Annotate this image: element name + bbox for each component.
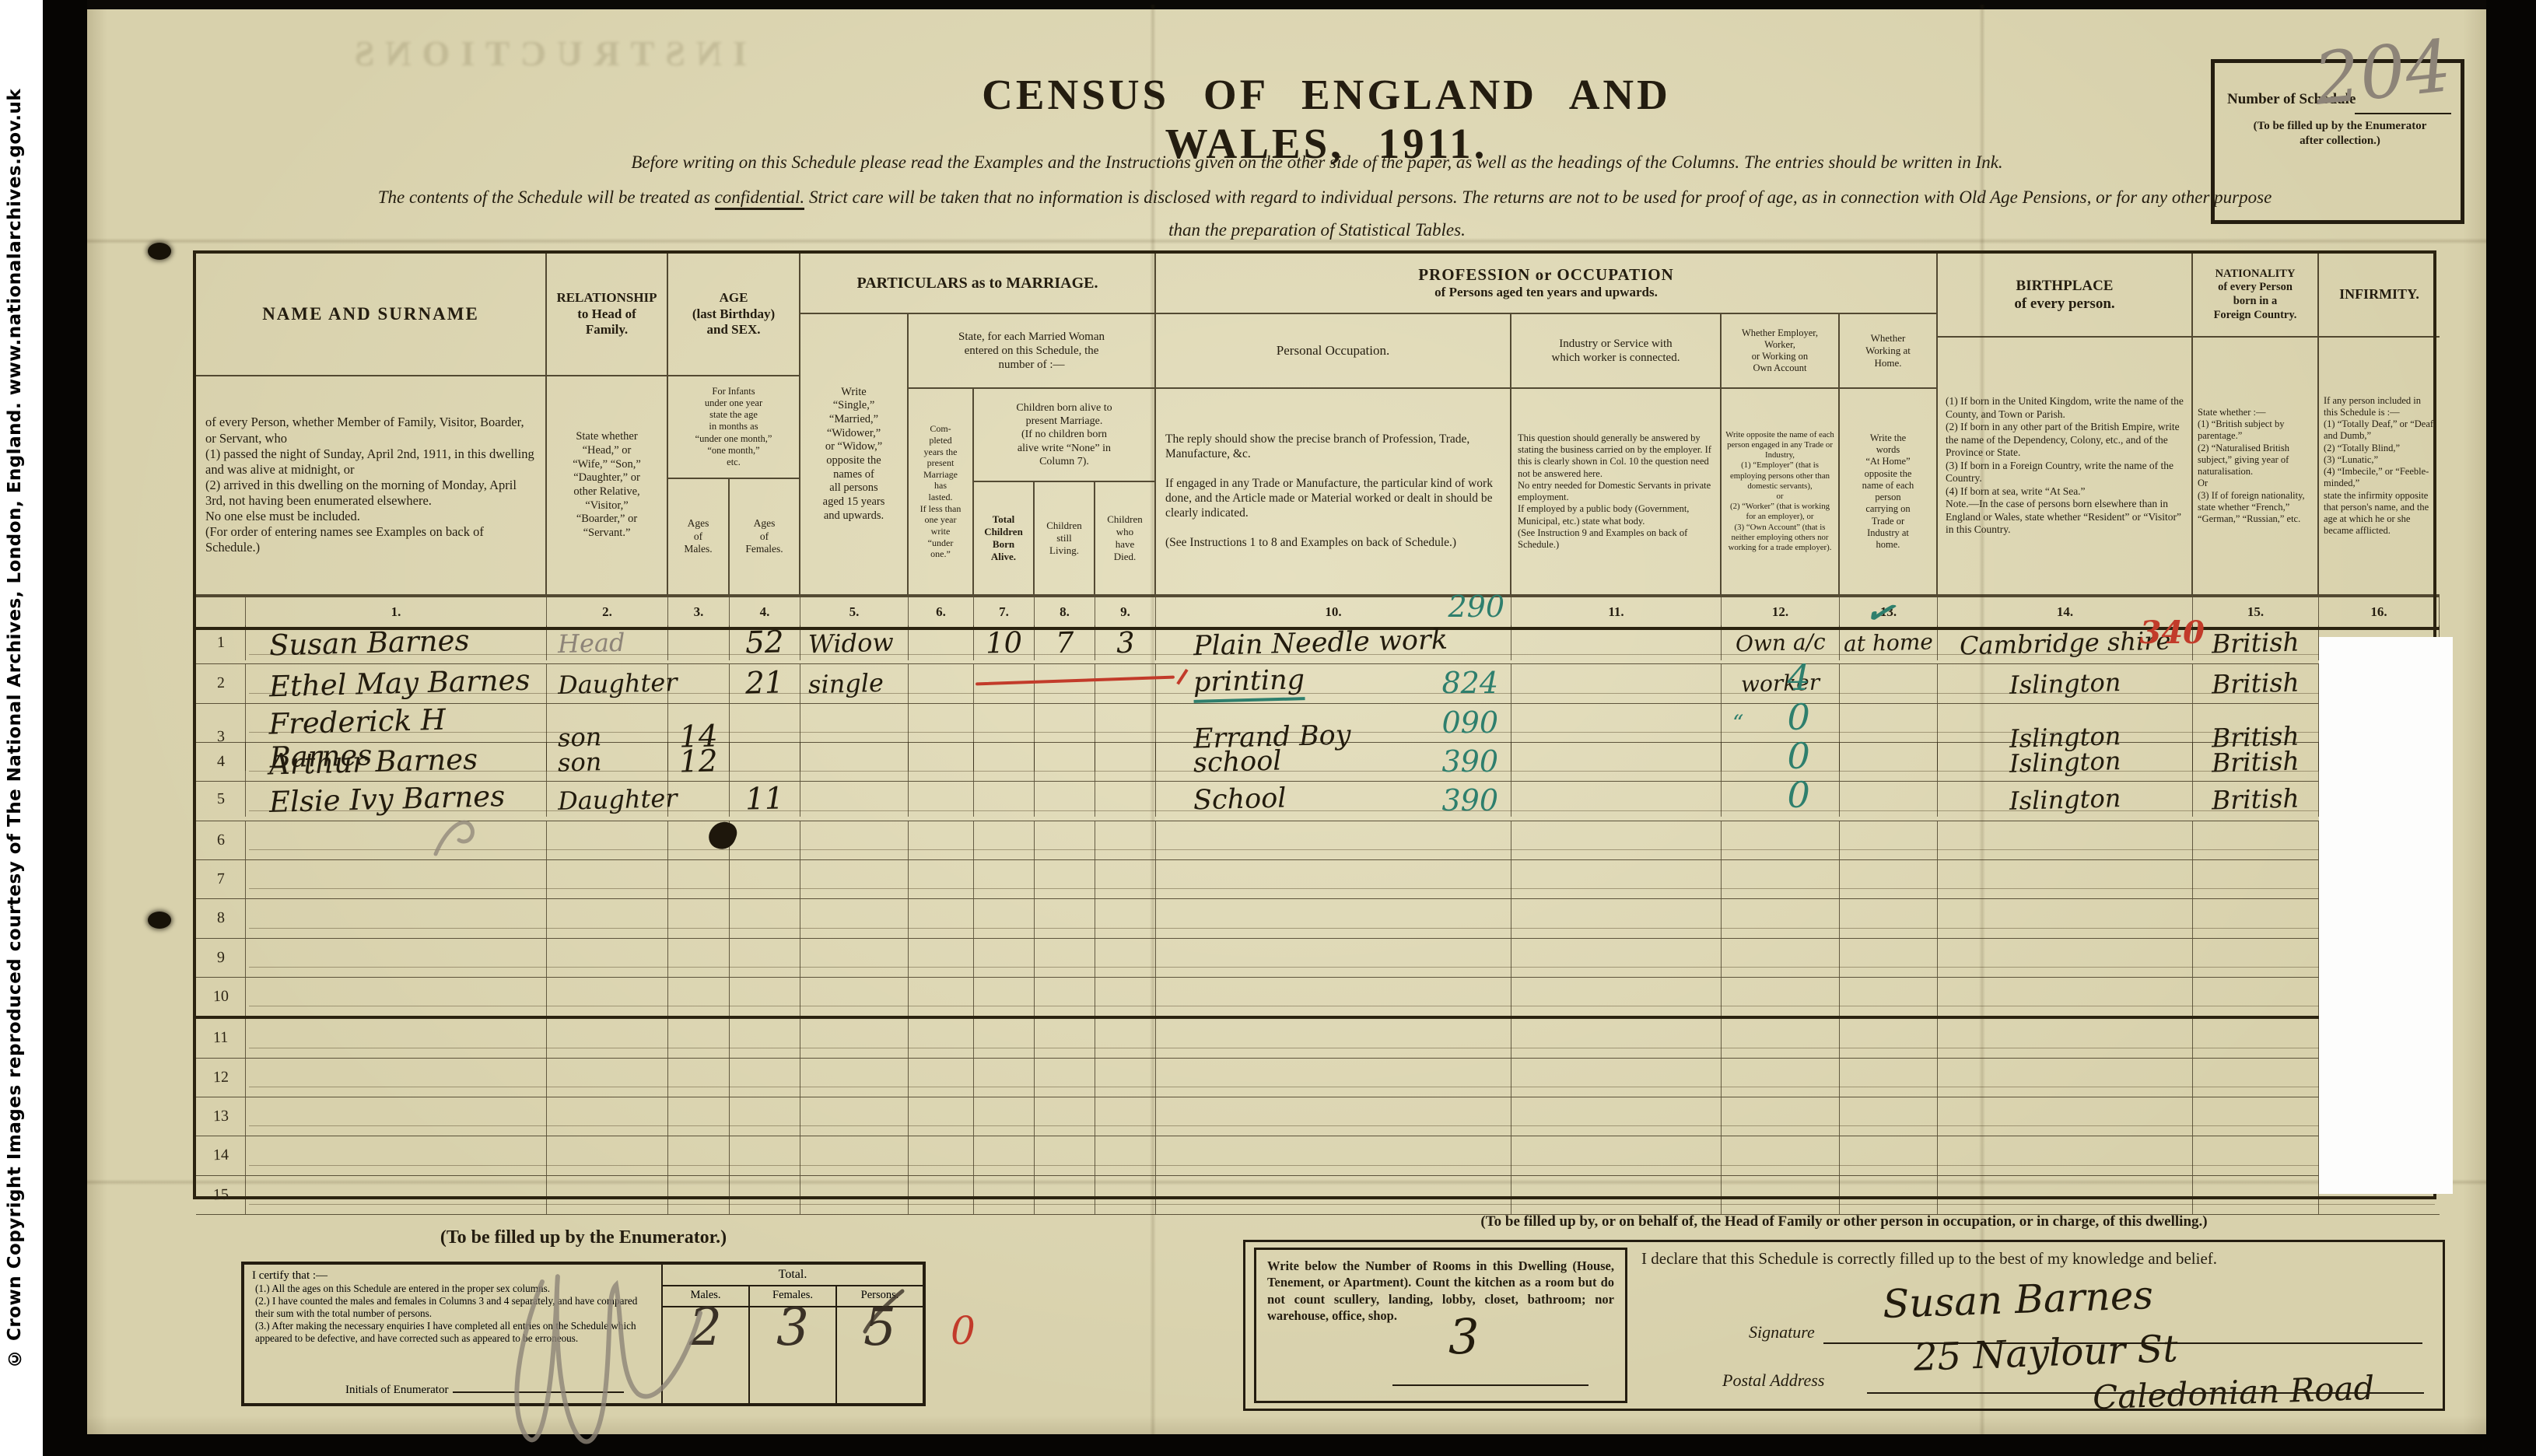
intro2-post: Strict care will be taken that no inform… <box>804 187 2272 207</box>
cell-age-females-value-row2: 21 <box>745 666 785 702</box>
cell-occupation-value-row4: school <box>1193 745 1281 779</box>
occupation-code-row3: 090 <box>1441 705 1498 740</box>
cell-nationality-row13 <box>2193 1097 2319 1136</box>
row-number-value-row5: 5 <box>216 790 225 808</box>
col-header-children-living: Children still Living. <box>1035 482 1095 596</box>
enumerator-heading: (To be filled up by the Enumerator.) <box>241 1227 926 1248</box>
rooms-answer-line <box>1392 1384 1589 1386</box>
initials-row: Initials of Enumerator <box>345 1384 624 1397</box>
col-desc-name: of every Person, whether Member of Famil… <box>196 376 547 596</box>
col-desc-married-woman: State, for each Married Woman entered on… <box>909 314 1156 389</box>
householder-heading: (To be filled up by, or on behalf of, th… <box>1243 1213 2445 1230</box>
cell-nationality-row4: British <box>2193 743 2319 781</box>
bleed-through-ghost-text: INSTRUCTIONS <box>249 33 747 74</box>
column-number-3: 3. <box>668 597 730 627</box>
cell-occupation-row7 <box>1156 860 1511 898</box>
cell-at-home-row12 <box>1840 1059 1938 1097</box>
cell-birthplace-row6 <box>1938 821 2193 859</box>
cell-children-living-row9 <box>1035 939 1095 977</box>
cell-relationship-row15 <box>547 1176 668 1214</box>
cell-occupation-row12 <box>1156 1059 1511 1097</box>
schedule-box-note: (To be filled up by the Enumerator after… <box>2227 119 2453 149</box>
cell-age-males-row11 <box>668 1019 730 1057</box>
cell-employment-status-row13 <box>1722 1097 1840 1136</box>
cell-at-home-row15 <box>1840 1176 1938 1214</box>
cell-children-died-row13 <box>1095 1097 1156 1136</box>
cell-age-females-row4 <box>730 743 800 781</box>
cell-employment-status-row4: 0 <box>1722 743 1840 781</box>
signature-label: Signature <box>1749 1322 1815 1342</box>
column-number-12: 12. <box>1722 597 1840 627</box>
row-number-value-row13: 13 <box>212 1108 229 1126</box>
cell-years-married-row8 <box>909 899 974 937</box>
cell-at-home-row1: at home✓ <box>1840 625 1938 660</box>
cell-nationality-row14 <box>2193 1136 2319 1174</box>
cell-years-married-row15 <box>909 1176 974 1214</box>
cell-relationship-value-row2: Daughter <box>558 667 678 700</box>
cell-birthplace-row15 <box>1938 1176 2193 1214</box>
col-header-personal-occupation: Personal Occupation. <box>1156 314 1511 389</box>
cell-birthplace-row13 <box>1938 1097 2193 1136</box>
cell-children-born-row11 <box>974 1019 1035 1057</box>
intro2-pre: The contents of the Schedule will be tre… <box>378 187 715 207</box>
cell-employment-status-row2: worker4 <box>1722 664 1840 702</box>
row-number-value-row7: 7 <box>216 870 225 888</box>
cell-children-born-row10 <box>974 978 1035 1016</box>
copyright-strip: © Crown Copyright Images reproduced cour… <box>0 0 43 1456</box>
cell-occupation-row1: Plain Needle work290 <box>1156 625 1511 660</box>
cell-nationality-row6 <box>2193 821 2319 859</box>
cell-occupation-row6 <box>1156 821 1511 859</box>
cell-birthplace-row7 <box>1938 860 2193 898</box>
cell-nationality-row15 <box>2193 1176 2319 1214</box>
cell-at-home-row9 <box>1840 939 1938 977</box>
col-header-industry: Industry or Service with which worker is… <box>1511 314 1722 389</box>
cell-marriage-row13 <box>800 1097 909 1136</box>
cell-age-females-row15 <box>730 1176 800 1214</box>
cell-name-value-row1: Susan Barnes <box>268 624 470 663</box>
col-header-ages-males: Ages of Males. <box>668 479 730 596</box>
cell-name-row13 <box>246 1097 547 1136</box>
cell-industry-row11 <box>1511 1019 1722 1057</box>
cell-age-females-row10 <box>730 978 800 1016</box>
cell-industry-row4 <box>1511 743 1722 781</box>
cell-relationship-row6 <box>547 821 668 859</box>
cell-industry-row9 <box>1511 939 1722 977</box>
cell-at-home-row4 <box>1840 743 1938 781</box>
column-number-15: 15. <box>2193 597 2319 627</box>
row-number-row2: 2 <box>196 664 246 702</box>
cell-age-males-row13 <box>668 1097 730 1136</box>
cell-children-born-row13 <box>974 1097 1035 1136</box>
cell-age-males-row8 <box>668 899 730 937</box>
col-header-ages-females: Ages of Females. <box>730 479 800 596</box>
cell-children-living-row8 <box>1035 899 1095 937</box>
cell-occupation-row11 <box>1156 1019 1511 1057</box>
cell-occupation-row8 <box>1156 899 1511 937</box>
cell-relationship-value-row5: Daughter <box>558 783 678 816</box>
row-number-row4: 4 <box>196 743 246 781</box>
cell-birthplace-row4: Islington <box>1938 743 2193 781</box>
postal-address-line1: 25 Naylour St <box>1913 1327 2178 1380</box>
cell-name-value-row5: Elsie Ivy Barnes <box>268 779 505 819</box>
cell-children-living-row5 <box>1035 782 1095 817</box>
schedule-number-value: 204 <box>2310 24 2455 121</box>
column-number-16: 16. <box>2319 597 2440 627</box>
cell-children-born-row12 <box>974 1059 1035 1097</box>
cell-industry-row1 <box>1511 625 1722 660</box>
green-mark-row3: 0 <box>1788 696 1810 738</box>
total-label: Total. <box>663 1265 923 1286</box>
col-desc-children-born: Children born alive to present Marriage.… <box>974 389 1156 482</box>
paper-torn-edge <box>87 0 2486 9</box>
column-number-0 <box>196 597 246 627</box>
cell-birthplace-row1: Cambridge shire340 <box>1938 625 2193 660</box>
cell-relationship-row14 <box>547 1136 668 1174</box>
cell-occupation-value-row2: printing <box>1193 664 1305 703</box>
cell-nationality-row2: British <box>2193 664 2319 702</box>
col-header-relationship: RELATIONSHIP to Head of Family. <box>547 254 668 376</box>
cell-children-died-row2 <box>1095 664 1156 702</box>
row-number-value-row15: 15 <box>212 1185 229 1204</box>
cell-children-died-row4 <box>1095 743 1156 781</box>
cell-years-married-row4 <box>909 743 974 781</box>
table-row-12: 12 <box>196 1059 2440 1097</box>
cell-at-home-row2 <box>1840 664 1938 702</box>
initials-label: Initials of Enumerator <box>345 1384 448 1396</box>
cell-age-females-value-row1: 52 <box>745 625 785 660</box>
cell-occupation-row14 <box>1156 1136 1511 1174</box>
cell-name-row6 <box>246 821 547 859</box>
col-header-employer-worker: Whether Employer, Worker, or Working on … <box>1722 314 1840 389</box>
cell-relationship-row7 <box>547 860 668 898</box>
cell-industry-row6 <box>1511 821 1722 859</box>
signature-handwriting: Susan Barnes <box>1882 1272 2154 1327</box>
table-row-8: 8 <box>196 899 2440 938</box>
row-number-row10: 10 <box>196 978 246 1016</box>
occupation-code-row2: 824 <box>1441 666 1498 700</box>
cell-relationship-value-row1: Head <box>558 627 625 658</box>
column-number-9: 9. <box>1095 597 1156 627</box>
col-header-children-total: Total Children Born Alive. <box>974 482 1035 596</box>
group-header-marriage: PARTICULARS as to MARRIAGE. <box>800 254 1156 314</box>
cell-years-married-row1 <box>909 625 974 660</box>
males-value: 2 <box>663 1297 748 1357</box>
cell-employment-status-row1: Own a/c <box>1722 625 1840 660</box>
cell-nationality-value-row2: British <box>2212 667 2300 700</box>
cell-birthplace-row12 <box>1938 1059 2193 1097</box>
cell-birthplace-row5: Islington <box>1938 782 2193 817</box>
cell-name-row1: Susan Barnes <box>246 625 547 660</box>
cell-at-home-row14 <box>1840 1136 1938 1174</box>
cell-at-home-row10 <box>1840 978 1938 1016</box>
row-number-value-row10: 10 <box>212 988 229 1006</box>
table-row-13: 13 <box>196 1097 2440 1136</box>
col-header-nationality: NATIONALITY of every Person born in a Fo… <box>2193 254 2319 338</box>
green-mark-row2: 4 <box>1788 656 1810 698</box>
cell-age-males-row7 <box>668 860 730 898</box>
cell-relationship-row1: Head <box>547 625 668 660</box>
cell-relationship-row2: Daughter <box>547 664 668 702</box>
total-columns: Males. 2 Females. 3 Persons. 5 <box>663 1286 923 1403</box>
cell-employment-status-row5: 0 <box>1722 782 1840 817</box>
cell-name-value-row4: Arthur Barnes <box>268 743 478 782</box>
row-number-row12: 12 <box>196 1059 246 1097</box>
total-males-col: Males. 2 <box>663 1286 750 1403</box>
cell-employment-status-row14 <box>1722 1136 1840 1174</box>
column-number-5: 5. <box>800 597 909 627</box>
cell-children-died-row1: 3 <box>1095 625 1156 660</box>
initials-line <box>453 1391 624 1393</box>
declaration-text: I declare that this Schedule is correctl… <box>1641 1249 2427 1269</box>
cell-employment-status-row9 <box>1722 939 1840 977</box>
cell-name-row12 <box>246 1059 547 1097</box>
cell-children-born-value-row1: 10 <box>985 625 1022 660</box>
table-row-6: 6 <box>196 821 2440 860</box>
column-number-4: 4. <box>730 597 800 627</box>
cell-children-born-row7 <box>974 860 1035 898</box>
cell-birthplace-row2: Islington <box>1938 664 2193 702</box>
cell-age-females-row6 <box>730 821 800 859</box>
rooms-value: 3 <box>1448 1308 1479 1365</box>
table-row-9: 9 <box>196 939 2440 978</box>
cell-relationship-row10 <box>547 978 668 1016</box>
cell-industry-row13 <box>1511 1097 1722 1136</box>
females-value: 3 <box>750 1297 835 1357</box>
cell-children-born-row5 <box>974 782 1035 817</box>
column-number-8: 8. <box>1035 597 1095 627</box>
row-number-value-row9: 9 <box>216 949 225 967</box>
col-desc-infirmity: If any person included in this Schedule … <box>2319 338 2440 596</box>
cell-nationality-row5: British <box>2193 782 2319 817</box>
cell-birthplace-row9 <box>1938 939 2193 977</box>
cell-at-home-row13 <box>1840 1097 1938 1136</box>
cell-relationship-row8 <box>547 899 668 937</box>
row-number-row9: 9 <box>196 939 246 977</box>
cell-birthplace-row11 <box>1938 1019 2193 1057</box>
cell-children-living-row7 <box>1035 860 1095 898</box>
row-number-row15: 15 <box>196 1176 246 1214</box>
cell-years-married-row2 <box>909 664 974 702</box>
cell-children-died-row11 <box>1095 1019 1156 1057</box>
cell-occupation-row5: School390 <box>1156 782 1511 817</box>
cell-children-living-row2 <box>1035 664 1095 702</box>
cell-occupation-value-row1: Plain Needle work <box>1193 624 1448 662</box>
cell-children-died-row5 <box>1095 782 1156 817</box>
cell-industry-row15 <box>1511 1176 1722 1214</box>
col-desc-nationality: State whether :— (1) “British subject by… <box>2193 338 2319 596</box>
cell-age-males-row9 <box>668 939 730 977</box>
cell-marriage-row10 <box>800 978 909 1016</box>
profession-title: PROFESSION or OCCUPATION <box>1418 265 1674 285</box>
cell-employment-status-row8 <box>1722 899 1840 937</box>
cell-children-living-row13 <box>1035 1097 1095 1136</box>
profession-subtitle: of Persons aged ten years and upwards. <box>1434 285 1658 301</box>
cell-children-living-row15 <box>1035 1176 1095 1214</box>
col-desc-personal-occupation: The reply should show the precise branch… <box>1156 389 1511 596</box>
cell-nationality-row7 <box>2193 860 2319 898</box>
cell-children-born-row6 <box>974 821 1035 859</box>
row-number-value-row1: 1 <box>216 634 225 652</box>
cell-employment-status-row10 <box>1722 978 1840 1016</box>
cell-name-row8 <box>246 899 547 937</box>
cell-occupation-row10 <box>1156 978 1511 1016</box>
cell-nationality-row9 <box>2193 939 2319 977</box>
cell-industry-row7 <box>1511 860 1722 898</box>
cell-employment-status-row7 <box>1722 860 1840 898</box>
cell-relationship-row5: Daughter <box>547 782 668 817</box>
cell-marriage-row2: single <box>800 664 909 702</box>
cell-children-died-row7 <box>1095 860 1156 898</box>
row-number-row14: 14 <box>196 1136 246 1174</box>
cell-birthplace-row8 <box>1938 899 2193 937</box>
row-number-value-row3: 3 <box>216 728 225 746</box>
total-persons-col: Persons. 5 <box>837 1286 923 1403</box>
table-row-3: 3Frederick H Barnesson14Errand Boy0900“I… <box>196 704 2440 743</box>
cell-marriage-row8 <box>800 899 909 937</box>
occupation-code-row1: 290 <box>1448 590 1504 624</box>
cell-children-born-row8 <box>974 899 1035 937</box>
rooms-box: Write below the Number of Rooms in this … <box>1254 1248 1627 1403</box>
col-header-working-at-home: Whether Working at Home. <box>1840 314 1938 389</box>
cell-at-home-row5 <box>1840 782 1938 817</box>
cell-marriage-row7 <box>800 860 909 898</box>
cell-name-row2: Ethel May Barnes <box>246 664 547 702</box>
cell-years-married-row13 <box>909 1097 974 1136</box>
punch-hole <box>148 243 171 260</box>
col-desc-relationship: State whether “Head,” or “Wife,” “Son,” … <box>547 376 668 596</box>
table-rows: 1Susan BarnesHead52Widow1073Plain Needle… <box>196 625 2440 1215</box>
cell-industry-row10 <box>1511 978 1722 1016</box>
table-row-15: 15 <box>196 1176 2440 1215</box>
row-number-row7: 7 <box>196 860 246 898</box>
cell-employment-status-row6 <box>1722 821 1840 859</box>
cell-birthplace-value-row5: Islington <box>2009 783 2121 816</box>
column-number-1: 1. <box>246 597 547 627</box>
table-row-5: 5Elsie Ivy BarnesDaughter11School3900Isl… <box>196 782 2440 821</box>
cell-at-home-row8 <box>1840 899 1938 937</box>
cell-age-females-value-row5: 11 <box>745 782 785 817</box>
cell-age-males-row14 <box>668 1136 730 1174</box>
row-number-value-row14: 14 <box>212 1146 229 1165</box>
cell-occupation-row2: printing824 <box>1156 664 1511 702</box>
cell-name-row15 <box>246 1176 547 1214</box>
column-number-2: 2. <box>547 597 668 627</box>
cell-age-males-row4: 12 <box>668 743 730 781</box>
col-desc-employer-worker: Write opposite the name of each person e… <box>1722 389 1840 596</box>
cell-name-row10 <box>246 978 547 1016</box>
cell-name-row9 <box>246 939 547 977</box>
cell-children-born-row4 <box>974 743 1035 781</box>
col-header-children-died: Children who have Died. <box>1095 482 1156 596</box>
cell-nationality-row8 <box>2193 899 2319 937</box>
cell-employment-status-value-row1: Own a/c <box>1735 629 1825 657</box>
cell-children-living-row10 <box>1035 978 1095 1016</box>
cell-name-row5: Elsie Ivy Barnes <box>246 782 547 817</box>
cell-relationship-row12 <box>547 1059 668 1097</box>
cell-industry-row12 <box>1511 1059 1722 1097</box>
cell-children-died-row10 <box>1095 978 1156 1016</box>
occupation-code-row5: 390 <box>1441 783 1498 817</box>
cell-marriage-row1: Widow <box>800 625 909 660</box>
cell-marriage-row6 <box>800 821 909 859</box>
cell-birthplace-row10 <box>1938 978 2193 1016</box>
intro2-confidential: confidential. <box>715 187 805 210</box>
cell-name-row11 <box>246 1019 547 1057</box>
cell-name-row14 <box>246 1136 547 1174</box>
group-header-profession: PROFESSION or OCCUPATION of Persons aged… <box>1156 254 1938 314</box>
cell-children-died-row8 <box>1095 899 1156 937</box>
enumerator-totals: Total. Males. 2 Females. 3 Persons. 5 <box>663 1265 923 1403</box>
cell-birthplace-value-row2: Islington <box>2009 667 2121 700</box>
cell-at-home-row11 <box>1840 1019 1938 1057</box>
cell-children-died-value-row1: 3 <box>1116 626 1135 660</box>
cell-age-females-row7 <box>730 860 800 898</box>
cell-birthplace-value-row4: Islington <box>2009 746 2121 779</box>
cell-children-living-row11 <box>1035 1019 1095 1057</box>
cell-at-home-row6 <box>1840 821 1938 859</box>
cell-age-females-row14 <box>730 1136 800 1174</box>
enumerator-box: I certify that :— (1.) All the ages on t… <box>241 1262 926 1406</box>
cell-marriage-row5 <box>800 782 909 817</box>
cell-occupation-row13 <box>1156 1097 1511 1136</box>
cell-children-living-row6 <box>1035 821 1095 859</box>
cell-children-living-value-row1: 7 <box>1055 626 1074 660</box>
intro-line-2: The contents of the Schedule will be tre… <box>201 187 2449 208</box>
cell-employment-status-row12 <box>1722 1059 1840 1097</box>
cell-marriage-row4 <box>800 743 909 781</box>
cell-children-died-row6 <box>1095 821 1156 859</box>
red-zero-mark: 0 <box>951 1308 976 1353</box>
certify-item-1: (1.) All the ages on this Schedule are e… <box>255 1283 655 1295</box>
certify-intro: I certify that :— <box>252 1269 655 1283</box>
cell-marriage-value-row2: single <box>808 668 884 700</box>
column-number-6: 6. <box>909 597 974 627</box>
col-desc-working-at-home: Write the words “At Home” opposite the n… <box>1840 389 1938 596</box>
green-mark-row5: 0 <box>1788 774 1810 816</box>
cell-occupation-value-row5: School <box>1193 782 1286 816</box>
cell-years-married-row12 <box>909 1059 974 1097</box>
col-header-age: AGE (last Birthday) and SEX. <box>668 254 800 376</box>
cell-children-died-row14 <box>1095 1136 1156 1174</box>
cell-industry-row2 <box>1511 664 1722 702</box>
table-row-11: 11 <box>196 1019 2440 1058</box>
table-row-14: 14 <box>196 1136 2440 1175</box>
cell-marriage-row11 <box>800 1019 909 1057</box>
cell-employment-status-row15 <box>1722 1176 1840 1214</box>
cell-marriage-row9 <box>800 939 909 977</box>
col-header-birthplace: BIRTHPLACE of every person. <box>1938 254 2193 338</box>
cell-children-born-row14 <box>974 1136 1035 1174</box>
occupation-code-row4: 390 <box>1441 744 1498 779</box>
total-females-col: Females. 3 <box>750 1286 837 1403</box>
cell-nationality-row12 <box>2193 1059 2319 1097</box>
table-row-2: 2Ethel May BarnesDaughter21singleprintin… <box>196 664 2440 703</box>
cell-industry-row14 <box>1511 1136 1722 1174</box>
cell-birthplace-row14 <box>1938 1136 2193 1174</box>
cell-years-married-row10 <box>909 978 974 1016</box>
cell-relationship-value-row4: son <box>558 747 602 777</box>
col-desc-industry: This question should generally be answer… <box>1511 389 1722 596</box>
punch-hole <box>148 912 171 929</box>
red-code-row1: 340 <box>2140 614 2205 651</box>
column-number-7: 7. <box>974 597 1035 627</box>
row-number-value-row11: 11 <box>213 1029 229 1047</box>
cell-age-males-value-row4: 12 <box>679 744 719 779</box>
row-number-value-row4: 4 <box>216 753 225 771</box>
col-desc-birthplace: (1) If born in the United Kingdom, write… <box>1938 338 2193 596</box>
cell-age-females-row12 <box>730 1059 800 1097</box>
